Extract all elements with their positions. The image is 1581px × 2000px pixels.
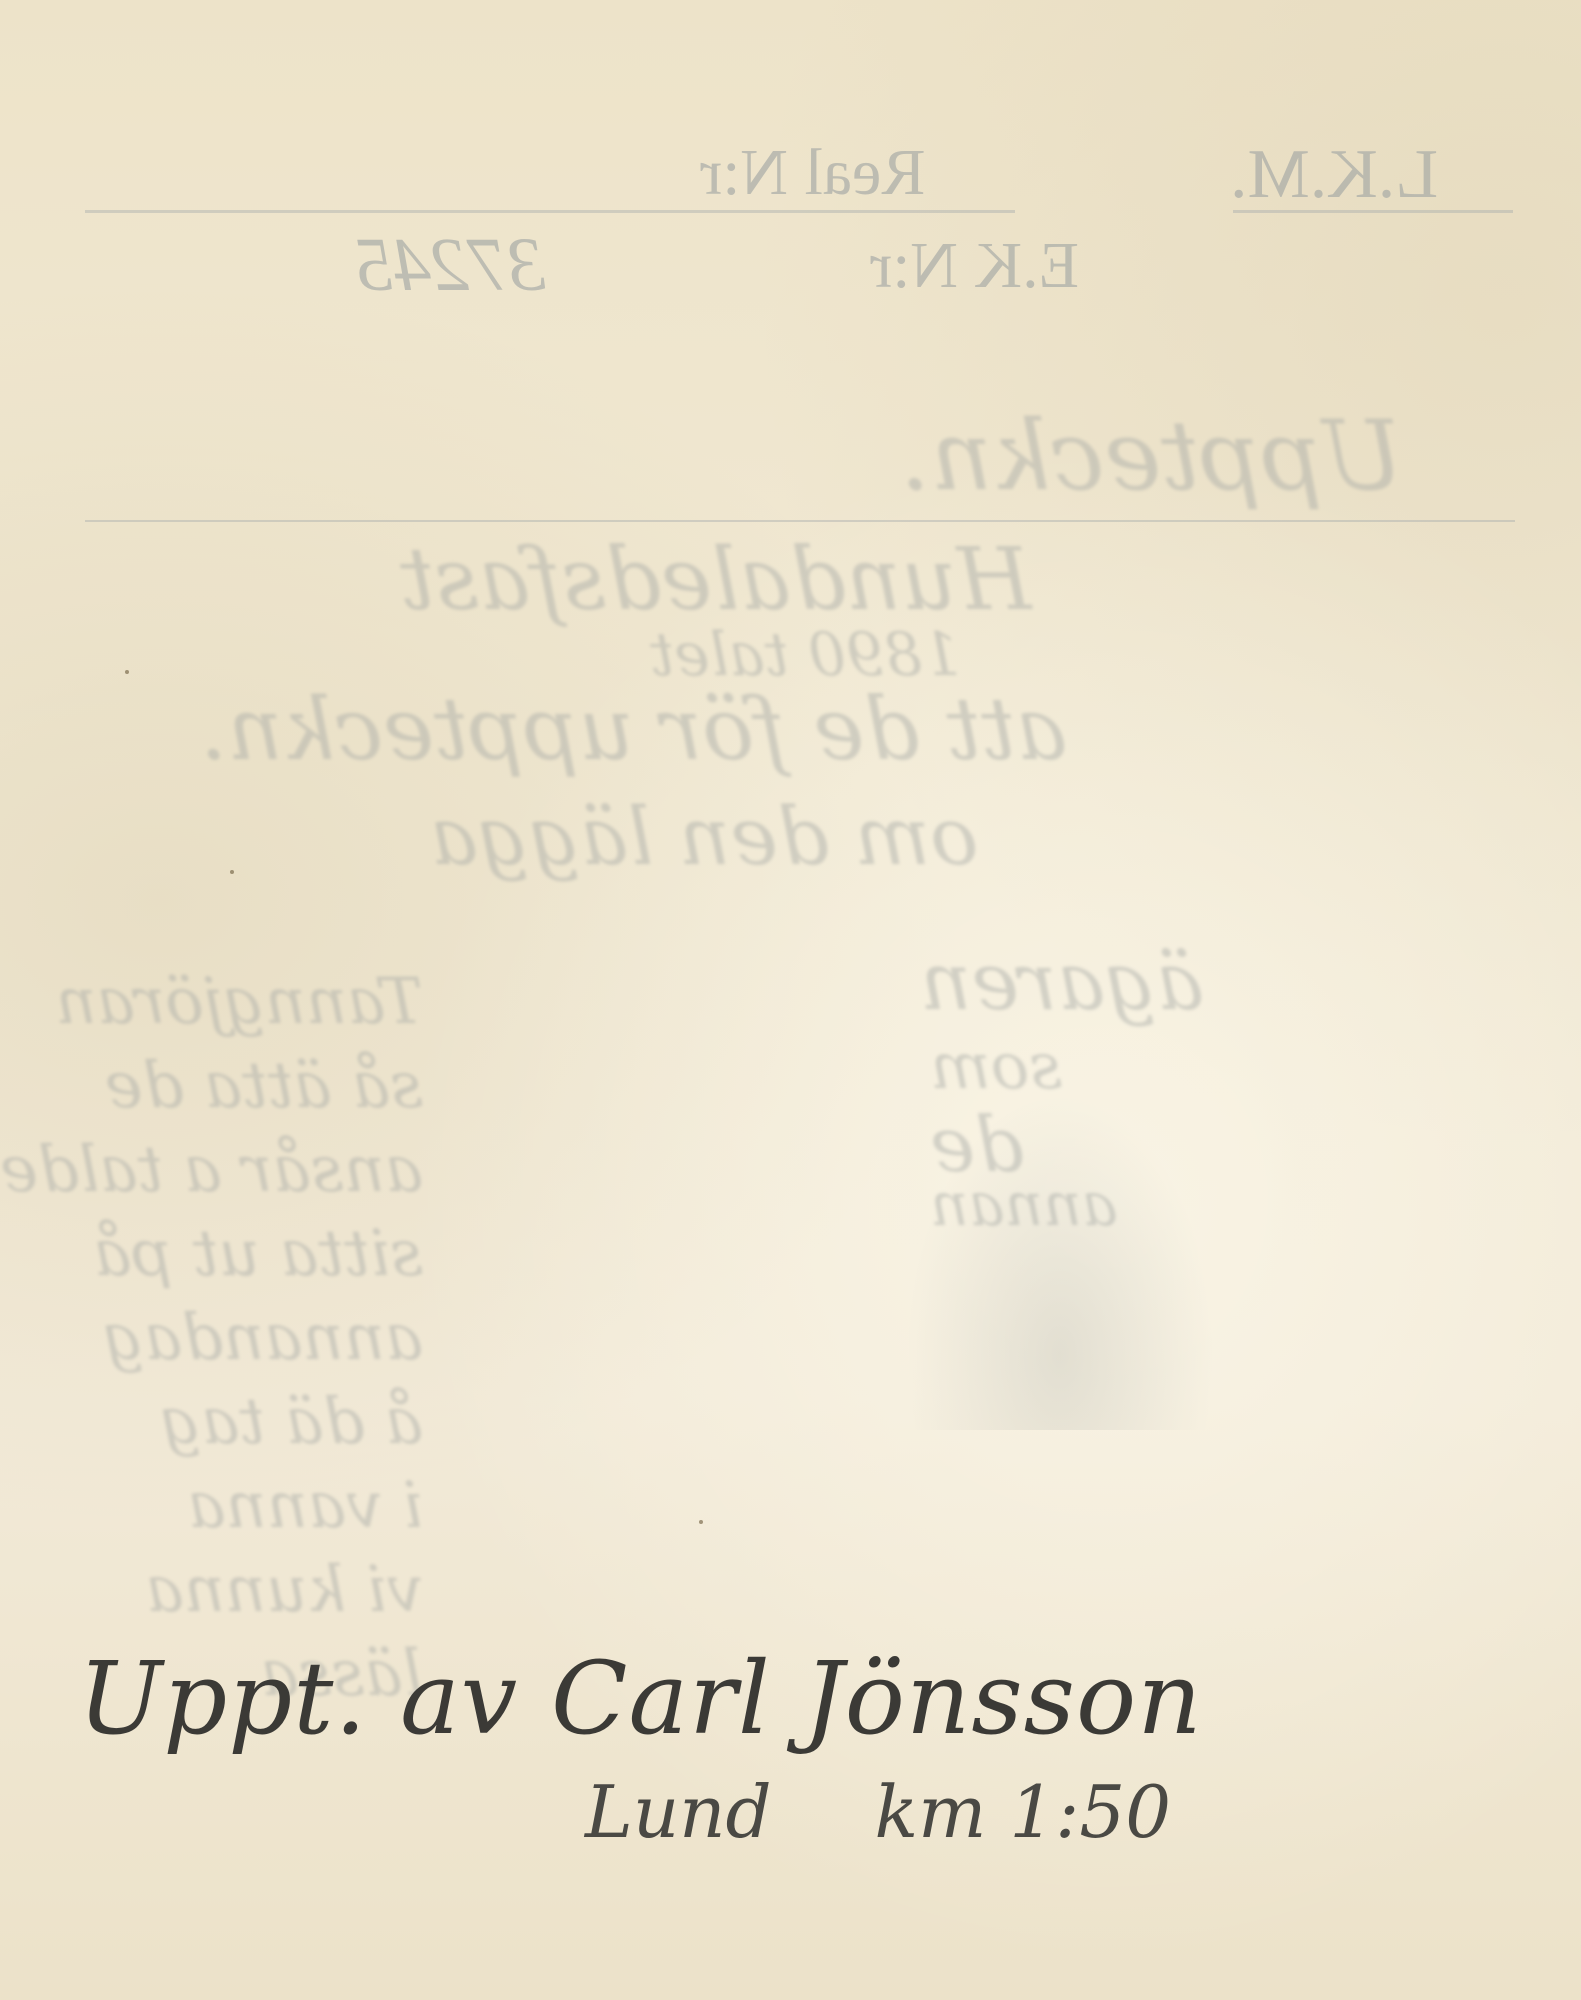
ghost-ek-number-label: E.K N:r bbox=[870, 228, 1079, 304]
ghost-real-number-label: Real N:r bbox=[700, 135, 925, 211]
ghost-ek-number: 37245 bbox=[355, 222, 545, 309]
scale-note: km 1:50 bbox=[875, 1770, 1171, 1854]
ghost-line: att de för uppteckn. bbox=[200, 680, 1067, 780]
paper-speck bbox=[125, 670, 129, 674]
ghost-line: Hundaledsfast bbox=[400, 530, 1031, 630]
location-and-scale: Lund km 1:50 bbox=[585, 1770, 1171, 1854]
collector-annotation: Uppt. av Carl Jönsson bbox=[78, 1640, 1203, 1757]
ghost-header-rule-left bbox=[85, 210, 1015, 213]
document-card: L.K.M. Real N:r E.K N:r 37245 Uppteckn. … bbox=[0, 0, 1581, 2000]
fold-shadow bbox=[880, 1050, 1240, 1430]
ghost-line: Uppteckn. bbox=[900, 400, 1403, 512]
ghost-header-rule-right bbox=[1233, 210, 1513, 213]
ghost-org-label: L.K.M. bbox=[1230, 135, 1438, 215]
ghost-line: ägaren bbox=[920, 935, 1204, 1028]
paper-speck bbox=[230, 870, 234, 874]
ghost-section-rule bbox=[85, 520, 1515, 522]
ghost-column: Tanngjöranså ätta deansår a talde sitta … bbox=[0, 960, 423, 1716]
place-name: Lund bbox=[585, 1770, 772, 1854]
ghost-line: om den lägga bbox=[430, 790, 978, 883]
paper-speck bbox=[699, 1520, 703, 1524]
